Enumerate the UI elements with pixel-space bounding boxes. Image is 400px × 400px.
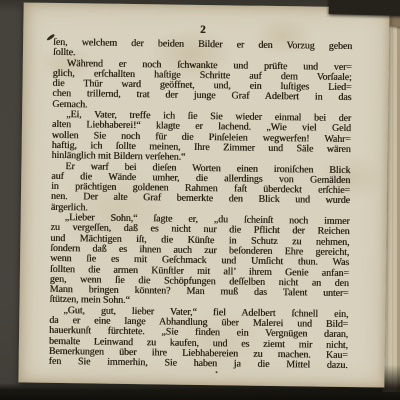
scanner-shadow-block — [329, 0, 400, 16]
text-line: fen Sie immerhin, Sie haben ja die Mitte… — [49, 357, 348, 371]
page-text: ſen, welchem der beiden Bilder er den Vo… — [49, 38, 353, 372]
page-text-block: 2 ſen, welchem der beiden Bilder er den … — [49, 22, 353, 372]
scan-background: 2 ſen, welchem der beiden Bilder er den … — [0, 0, 400, 400]
book-page: 2 ſen, welchem der beiden Bilder er den … — [18, 2, 389, 387]
ink-speck-small — [216, 371, 218, 373]
page-number: 2 — [53, 22, 352, 39]
